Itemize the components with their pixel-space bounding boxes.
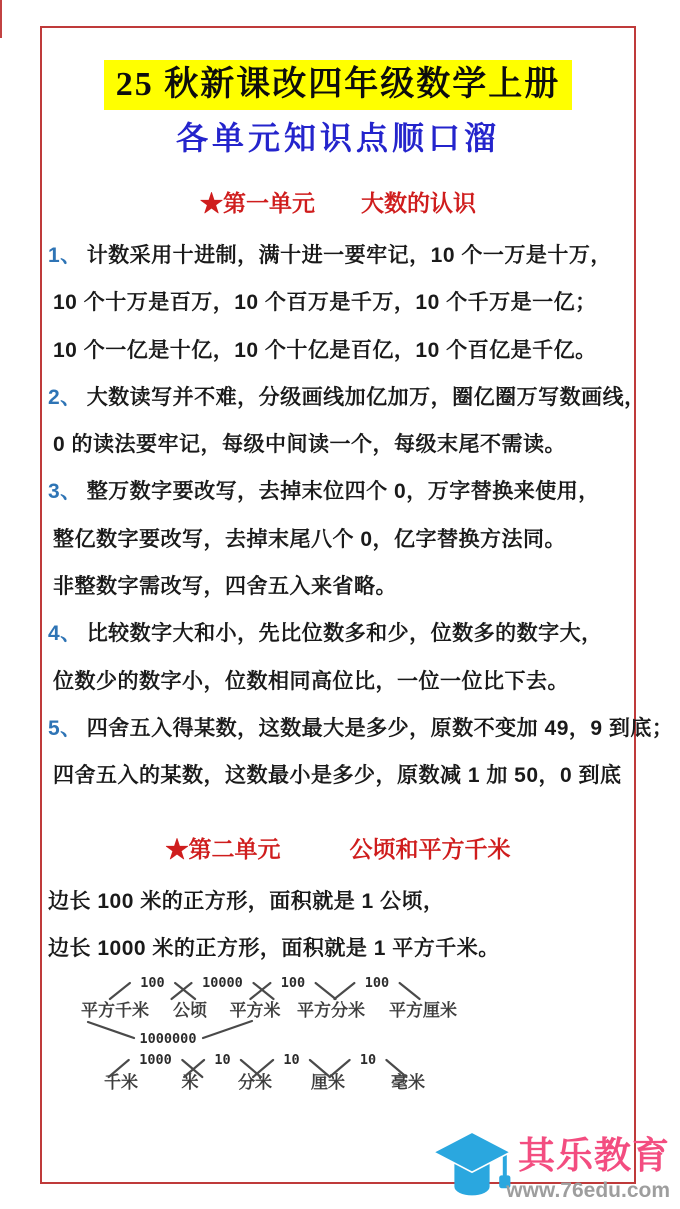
page-title: 25 秋新课改四年级数学上册 (42, 60, 634, 110)
conversion-factor: 1000 (139, 1052, 172, 1068)
conversion-factor: 10 (214, 1052, 230, 1068)
rhyme-line: 5、四舍五入得某数，这数最大是多少，原数不变加 49，9 到底； (48, 705, 634, 752)
rhyme-text: 大数读写并不难，分级画线加亿加万，圈亿圈万写数画线， (87, 386, 646, 409)
logo-brand-text: 其乐教育 (430, 1136, 670, 1176)
chain-stroke (250, 983, 270, 999)
list-number: 1、 (48, 244, 82, 267)
rhyme-text: 非整数字需改写，四舍五入来省略。 (53, 575, 397, 598)
conversion-factor: 1000000 (140, 1031, 197, 1046)
chain-stroke (88, 1022, 134, 1038)
list-number: 2、 (48, 386, 82, 409)
conversion-factor: 10 (283, 1052, 299, 1068)
chain-stroke (334, 983, 354, 999)
length-unit-conversion-diagram: 千米米分米厘米毫米1000101010 (60, 1048, 480, 1108)
rhyme-text: 四舍五入的某数，这数最小是多少，原数减 1 加 50，0 到底 (53, 764, 622, 787)
conversion-factor: 100 (365, 975, 389, 991)
chain-stroke (254, 983, 274, 999)
chain-stroke (172, 983, 192, 999)
rhyme-text: 整亿数字要改写，去掉末尾八个 0，亿字替换方法同。 (53, 528, 566, 551)
rhyme-line: 2、大数读写并不难，分级画线加亿加万，圈亿圈万写数画线， (48, 374, 634, 421)
unit-label: 毫米 (391, 1072, 425, 1092)
logo-website-url: www.76edu.com (430, 1179, 670, 1203)
rhyme-text: 边长 100 米的正方形，面积就是 1 公顷， (48, 890, 445, 913)
page-subtitle: 各单元知识点顺口溜 (42, 116, 634, 160)
rhyme-line: 整亿数字要改写，去掉末尾八个 0，亿字替换方法同。 (48, 516, 634, 563)
unit-label: 米 (182, 1072, 199, 1092)
rhyme-line: 0 的读法要牢记，每级中间读一个，每级末尾不需读。 (48, 421, 634, 468)
rhyme-text: 比较数字大和小，先比位数多和少，位数多的数字大， (87, 622, 603, 645)
list-number: 3、 (48, 480, 82, 503)
rhyme-line: 10 个一亿是十亿，10 个十亿是百亿，10 个百亿是千亿。 (48, 327, 634, 374)
area-unit-conversion-diagram: 平方千米公顷平方米平方分米平方厘米100100001001001000000 (60, 956, 480, 1046)
conversion-factor: 10 (360, 1052, 376, 1068)
rhyme-line: 四舍五入的某数，这数最小是多少，原数减 1 加 50，0 到底 (48, 752, 634, 799)
page-title-highlighted: 25 秋新课改四年级数学上册 (104, 60, 573, 110)
unit-label: 平方米 (230, 1000, 281, 1020)
list-number: 4、 (48, 622, 82, 645)
chain-stroke (316, 983, 336, 999)
section-2-heading: ★第二单元 公顷和平方千米 (42, 834, 634, 864)
chain-stroke (110, 983, 130, 999)
rhyme-text: 10 个十万是百万，10 个百万是千万，10 个千万是一亿； (53, 291, 597, 314)
list-number: 5、 (48, 717, 82, 740)
rhyme-line: 非整数字需改写，四舍五入来省略。 (48, 563, 634, 610)
unit-label: 公顷 (173, 1000, 207, 1020)
unit-label: 平方千米 (81, 1000, 149, 1020)
conversion-factor: 100 (140, 975, 164, 991)
rhyme-text: 0 的读法要牢记，每级中间读一个，每级末尾不需读。 (53, 433, 566, 456)
unit-label: 平方厘米 (389, 1000, 457, 1020)
rhyme-text: 计数采用十进制，满十进一要牢记，10 个一万是十万， (87, 244, 612, 267)
chain-stroke (400, 983, 420, 999)
rhyme-text: 四舍五入得某数，这数最大是多少，原数不变加 49，9 到底； (87, 717, 674, 740)
rhyme-line: 3、整万数字要改写，去掉末位四个 0，万字替换来使用， (48, 468, 634, 515)
conversion-factor: 100 (281, 975, 305, 991)
unit-label: 平方分米 (297, 1000, 365, 1020)
rhyme-text: 整万数字要改写，去掉末位四个 0，万字替换来使用， (87, 480, 600, 503)
rhyme-line: 位数少的数字小，位数相同高位比，一位一位比下去。 (48, 658, 634, 705)
page-edge-line (0, 0, 2, 38)
rhyme-text: 位数少的数字小，位数相同高位比，一位一位比下去。 (53, 670, 569, 693)
rhyme-line: 1、计数采用十进制，满十进一要牢记，10 个一万是十万， (48, 232, 634, 279)
section-1-rhymes: 1、计数采用十进制，满十进一要牢记，10 个一万是十万， 10 个十万是百万，1… (48, 232, 634, 800)
conversion-factor: 10000 (202, 975, 243, 991)
worksheet-page: 25 秋新课改四年级数学上册 各单元知识点顺口溜 ★第一单元 大数的认识 1、计… (0, 0, 680, 1209)
section-1-heading: ★第一单元 大数的认识 (42, 188, 634, 218)
unit-label: 千米 (104, 1072, 138, 1092)
chain-stroke (175, 983, 195, 999)
rhyme-line: 4、比较数字大和小，先比位数多和少，位数多的数字大， (48, 610, 634, 657)
rhyme-line: 10 个十万是百万，10 个百万是千万，10 个千万是一亿； (48, 279, 634, 326)
rhyme-text: 10 个一亿是十亿，10 个十亿是百亿，10 个百亿是千亿。 (53, 339, 597, 362)
chain-stroke (203, 1021, 252, 1038)
rhyme-line: 边长 100 米的正方形，面积就是 1 公顷， (48, 879, 634, 926)
